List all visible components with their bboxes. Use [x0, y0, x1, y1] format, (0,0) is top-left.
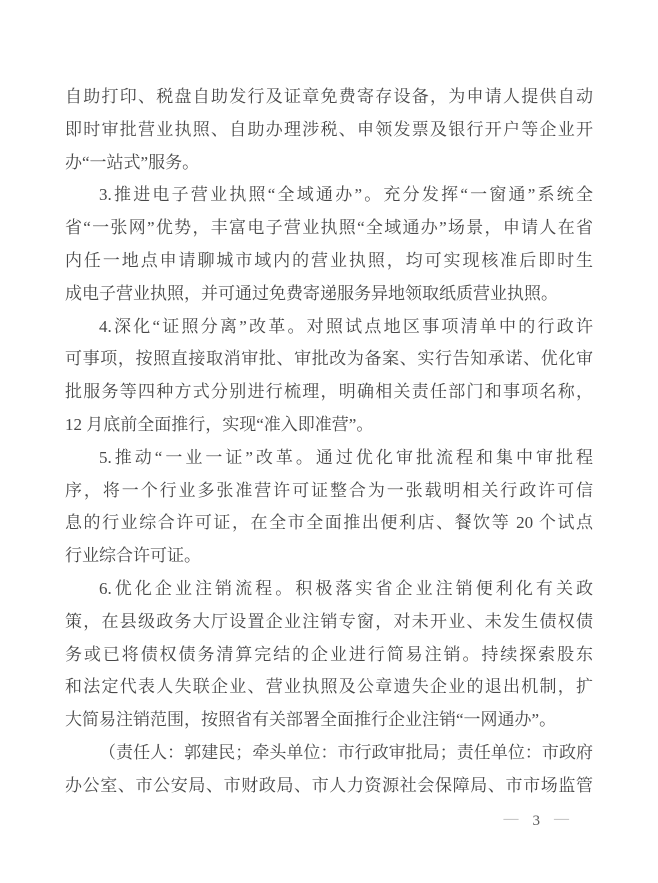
document-page: 自助打印、税盘自助发行及证章免费寄存设备，为申请人提供自动即时审批营业执照、自助… — [0, 0, 658, 883]
page-number-value: 3 — [533, 813, 542, 829]
text-line: 办公室、市公安局、市财政局、市人力资源社会保障局、市市场监管 — [65, 770, 593, 803]
text-line: 可事项，按照直接取消审批、审批改为备案、实行告知承诺、优化审 — [65, 343, 593, 376]
text-line: 办“一站式”服务。 — [65, 147, 593, 180]
text-line: 大简易注销范围，按照省有关部署全面推行企业注销“一网通办”。 — [65, 704, 593, 737]
page-number: —3— — [504, 810, 571, 832]
text-line: 内任一地点申请聊城市域内的营业执照，均可实现核准后即时生 — [65, 245, 593, 278]
text-line: 成电子营业执照，并可通过免费寄递服务异地领取纸质营业执照。 — [65, 278, 593, 311]
text-line: 省“一张网”优势，丰富电子营业执照“全域通办”场景，申请人在省 — [65, 212, 593, 245]
text-line: 4.深化“证照分离”改革。对照试点地区事项清单中的行政许 — [65, 311, 593, 344]
text-line: 务或已将债权债务清算完结的企业进行简易注销。持续探索股东 — [65, 639, 593, 672]
text-line: 6.优化企业注销流程。积极落实省企业注销便利化有关政 — [65, 573, 593, 606]
paragraph: 6.优化企业注销流程。积极落实省企业注销便利化有关政策，在县级政务大厅设置企业注… — [65, 573, 593, 737]
document-body: 自助打印、税盘自助发行及证章免费寄存设备，为申请人提供自动即时审批营业执照、自助… — [65, 81, 593, 803]
text-line: 3.推进电子营业执照“全域通办”。充分发挥“一窗通”系统全 — [65, 179, 593, 212]
page-number-dash-left: — — [504, 811, 520, 827]
text-line: 息的行业综合许可证，在全市全面推出便利店、餐饮等 20 个试点 — [65, 507, 593, 540]
text-line: 即时审批营业执照、自助办理涉税、申领发票及银行开户等企业开 — [65, 114, 593, 147]
page-number-dash-right: — — [554, 811, 570, 827]
paragraph: 5.推动“一业一证”改革。通过优化审批流程和集中审批程序，将一个行业多张准营许可… — [65, 442, 593, 573]
text-line: 12 月底前全面推行，实现“准入即准营”。 — [65, 409, 593, 442]
text-line: 策，在县级政务大厅设置企业注销专窗，对未开业、未发生债权债 — [65, 606, 593, 639]
text-line: 序，将一个行业多张准营许可证整合为一张载明相关行政许可信 — [65, 475, 593, 508]
paragraph: （责任人：郭建民；牵头单位：市行政审批局；责任单位：市政府办公室、市公安局、市财… — [65, 737, 593, 803]
paragraph: 4.深化“证照分离”改革。对照试点地区事项清单中的行政许可事项，按照直接取消审批… — [65, 311, 593, 442]
text-line: 和法定代表人失联企业、营业执照及公章遗失企业的退出机制，扩 — [65, 671, 593, 704]
text-line: 行业综合许可证。 — [65, 540, 593, 573]
text-line: 5.推动“一业一证”改革。通过优化审批流程和集中审批程 — [65, 442, 593, 475]
text-line: 批服务等四种方式分别进行梳理，明确相关责任部门和事项名称， — [65, 376, 593, 409]
paragraph: 3.推进电子营业执照“全域通办”。充分发挥“一窗通”系统全省“一张网”优势，丰富… — [65, 179, 593, 310]
paragraph: 自助打印、税盘自助发行及证章免费寄存设备，为申请人提供自动即时审批营业执照、自助… — [65, 81, 593, 179]
text-line: （责任人：郭建民；牵头单位：市行政审批局；责任单位：市政府 — [65, 737, 593, 770]
text-line: 自助打印、税盘自助发行及证章免费寄存设备，为申请人提供自动 — [65, 81, 593, 114]
